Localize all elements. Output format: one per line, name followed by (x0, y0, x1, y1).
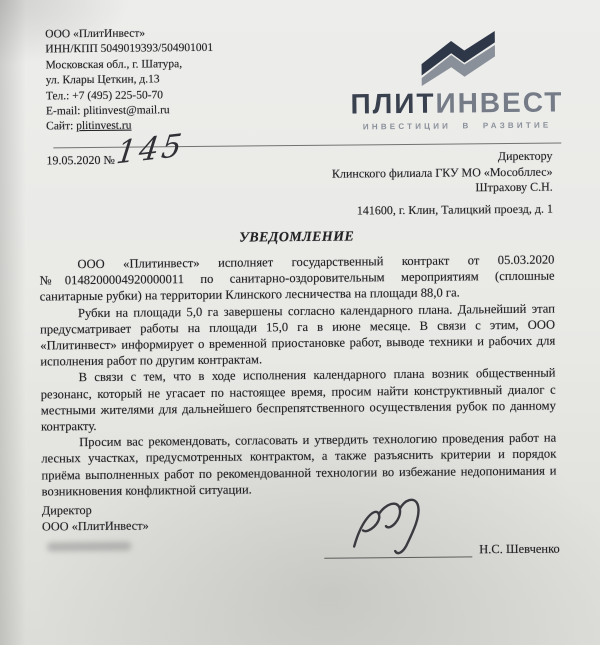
letterhead-site-label: Сайт: (46, 121, 76, 133)
addressee-block: Директору Клинского филиала ГКУ МО «Мосо… (332, 149, 553, 198)
addressee-line: Штрахову С.Н. (332, 180, 553, 198)
letterhead-address-line2: ул. Клары Цеткин, д.13 (46, 72, 214, 89)
logo-wordmark: ПЛИТИНВЕСТ (331, 87, 583, 119)
signer-name: Н.С. Шевченко (479, 542, 560, 558)
redacted-text-blur (47, 542, 131, 552)
body-paragraph: Просим вас рекомендовать, согласовать и … (41, 430, 557, 500)
addressee-line: Директору (332, 149, 553, 167)
letterhead-email: E-mail: plitinvest@mail.ru (46, 103, 214, 120)
document-title: УВЕДОМЛЕНИЕ (39, 228, 554, 249)
letter-body: ООО «Плитинвест» исполняет государственн… (39, 252, 556, 500)
logo-wordmark-dark: ПЛИТ (350, 88, 435, 120)
signer-position-block: Директор ООО «ПлитИнвест» (42, 501, 149, 534)
body-paragraph: ООО «Плитинвест» исполняет государственн… (39, 252, 554, 306)
addressee-postal-address: 141600, г. Клин, Талицкий проезд, д. 1 (357, 202, 553, 219)
signer-company: ООО «ПлитИнвест» (42, 517, 149, 534)
date-line: 19.05.2020 № (46, 153, 115, 169)
letterhead-block: ООО «ПлитИнвест» ИНН/КПП 5049019393/5049… (45, 26, 214, 135)
number-sign: № (103, 153, 115, 167)
body-paragraph: Рубки на площади 5,0 га завершены соглас… (40, 300, 556, 370)
letterhead-site-link: plitinvest.ru (76, 120, 131, 133)
document-date: 19.05.2020 (46, 153, 100, 168)
letterhead-phone: Тел.: +7 (495) 225-50-70 (46, 87, 214, 104)
body-paragraph: В связи с тем, что в ходе исполнения кал… (40, 365, 556, 435)
letterhead-company: ООО «ПлитИнвест» (45, 26, 213, 43)
letterhead-inn-kpp: ИНН/КПП 5049019393/504901001 (45, 41, 213, 58)
handwritten-document-number: 145 (114, 127, 187, 172)
company-logo: ПЛИТИНВЕСТ ИНВЕСТИЦИИ В РАЗВИТИЕ (330, 29, 583, 131)
logo-wordmark-gray: ИНВЕСТ (435, 86, 563, 118)
scanned-letter-page: ООО «ПлитИнвест» ИНН/КПП 5049019393/5049… (0, 0, 600, 645)
logo-tagline: ИНВЕСТИЦИИ В РАЗВИТИЕ (331, 120, 583, 131)
letterhead-address-line1: Московская обл., г. Шатура, (45, 57, 213, 74)
logo-chevrons-icon (414, 30, 499, 87)
handwritten-signature-icon (346, 495, 467, 560)
signer-position: Директор (42, 501, 149, 518)
